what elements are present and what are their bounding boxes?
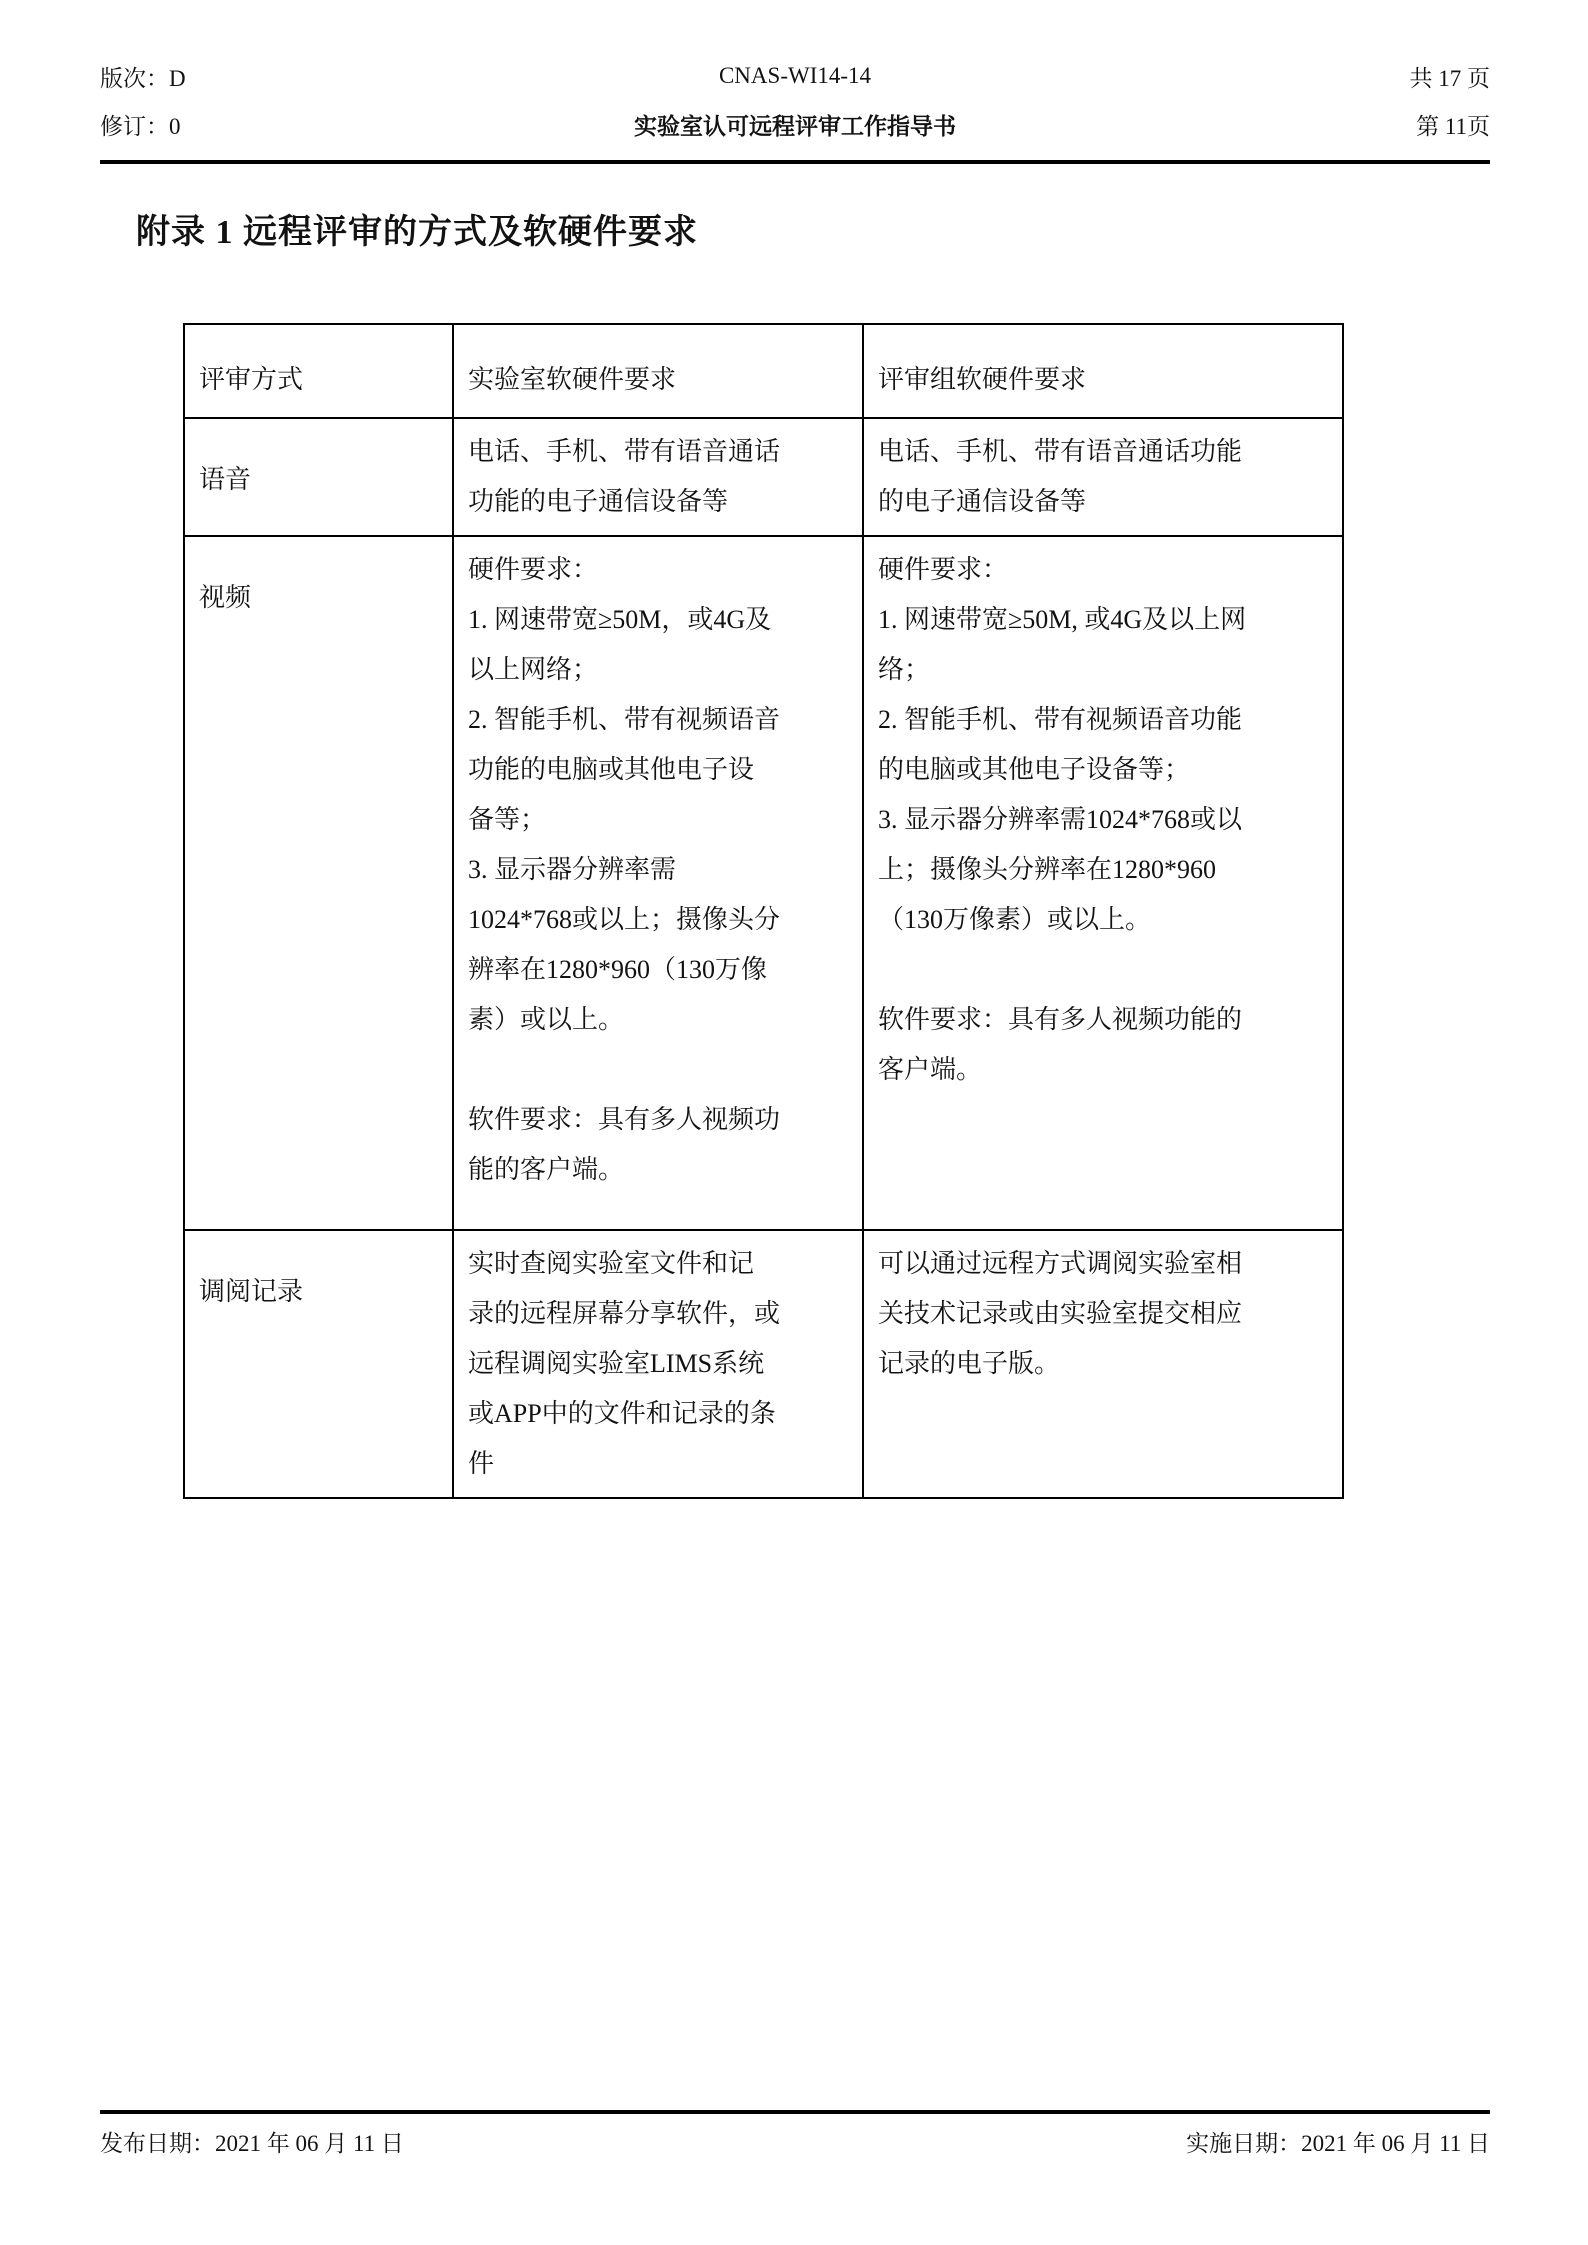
table-row-video: 视频 硬件要求： 1. 网速带宽≥50M，或4G及 以上网络； 2. 智能手机、… xyxy=(184,536,1343,1230)
footer-rule xyxy=(100,2110,1490,2114)
appendix-title: 附录 1 远程评审的方式及软硬件要求 xyxy=(136,204,698,253)
header-rule xyxy=(100,160,1490,164)
doc-number: CNAS-WI14-14 xyxy=(430,63,1160,89)
document-title: 实验室认可远程评审工作指导书 xyxy=(430,108,1160,141)
method-cell-voice: 语音 xyxy=(184,418,453,536)
column-header-method: 评审方式 xyxy=(184,324,453,418)
table-row-voice: 语音 电话、手机、带有语音通话 功能的电子通信设备等 电话、手机、带有语音通话功… xyxy=(184,418,1343,536)
header-row-2: 修订：0 实验室认可远程评审工作指导书 第 11页 xyxy=(100,100,1490,148)
implementation-date-label: 实施日期：2021 年 06 月 11 日 xyxy=(1186,2126,1490,2162)
lab-requirements-record-review: 实时查阅实验室文件和记 录的远程屏幕分享软件，或 远程调阅实验室LIMS系统 或… xyxy=(453,1230,863,1498)
document-page: 版次：D CNAS-WI14-14 共 17 页 修订：0 实验室认可远程评审工… xyxy=(0,0,1588,2245)
revision-label: 修订：0 xyxy=(100,108,430,141)
method-cell-record-review: 调阅记录 xyxy=(184,1230,453,1498)
method-cell-video: 视频 xyxy=(184,536,453,1230)
lab-requirements-video: 硬件要求： 1. 网速带宽≥50M，或4G及 以上网络； 2. 智能手机、带有视… xyxy=(453,536,863,1230)
column-header-team: 评审组软硬件要求 xyxy=(863,324,1343,418)
team-requirements-video: 硬件要求： 1. 网速带宽≥50M, 或4G及以上网 络； 2. 智能手机、带有… xyxy=(863,536,1343,1230)
page-number-label: 第 11页 xyxy=(1160,108,1490,141)
page-footer: 发布日期：2021 年 06 月 11 日 实施日期：2021 年 06 月 1… xyxy=(100,2126,1490,2162)
header-row-1: 版次：D CNAS-WI14-14 共 17 页 xyxy=(100,52,1490,100)
release-date-label: 发布日期：2021 年 06 月 11 日 xyxy=(100,2126,404,2162)
page-header: 版次：D CNAS-WI14-14 共 17 页 修订：0 实验室认可远程评审工… xyxy=(100,52,1490,148)
table-row-record-review: 调阅记录 实时查阅实验室文件和记 录的远程屏幕分享软件，或 远程调阅实验室LIM… xyxy=(184,1230,1343,1498)
table-header-row: 评审方式 实验室软硬件要求 评审组软硬件要求 xyxy=(184,324,1343,418)
team-requirements-record-review: 可以通过远程方式调阅实验室相 关技术记录或由实验室提交相应 记录的电子版。 xyxy=(863,1230,1343,1498)
team-requirements-voice: 电话、手机、带有语音通话功能 的电子通信设备等 xyxy=(863,418,1343,536)
lab-requirements-voice: 电话、手机、带有语音通话 功能的电子通信设备等 xyxy=(453,418,863,536)
total-pages-label: 共 17 页 xyxy=(1160,60,1490,93)
requirements-table: 评审方式 实验室软硬件要求 评审组软硬件要求 语音 电话、手机、带有语音通话 功… xyxy=(183,323,1344,1499)
column-header-lab: 实验室软硬件要求 xyxy=(453,324,863,418)
version-label: 版次：D xyxy=(100,60,430,93)
